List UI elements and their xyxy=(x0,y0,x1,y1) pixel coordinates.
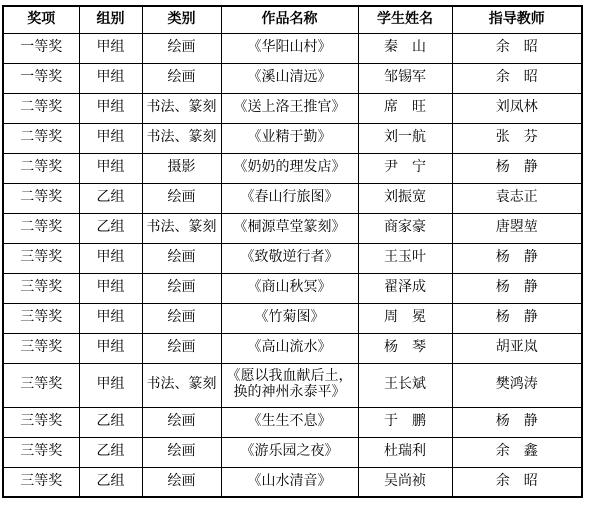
table-row: 三等奖甲组绘画《竹菊图》周 冕杨 静 xyxy=(3,303,582,333)
document-page: 奖项组别类别作品名称学生姓名指导教师 一等奖甲组绘画《华阳山村》秦 山余 昭一等… xyxy=(0,0,592,511)
cell-group: 乙组 xyxy=(79,467,142,497)
cell-student: 尹 宁 xyxy=(358,153,452,183)
cell-award: 三等奖 xyxy=(3,333,79,363)
cell-category: 书法、篆刻 xyxy=(142,123,221,153)
cell-student: 翟泽成 xyxy=(358,273,452,303)
cell-group: 乙组 xyxy=(79,437,142,467)
cell-work: 《桐源草堂篆刻》 xyxy=(221,213,358,243)
cell-category: 摄影 xyxy=(142,153,221,183)
cell-award: 三等奖 xyxy=(3,437,79,467)
cell-teacher: 胡亚岚 xyxy=(452,333,582,363)
cell-teacher: 樊鸿涛 xyxy=(452,363,582,407)
cell-category: 绘画 xyxy=(142,273,221,303)
cell-student: 秦 山 xyxy=(358,33,452,63)
cell-teacher: 刘凤林 xyxy=(452,93,582,123)
awards-table: 奖项组别类别作品名称学生姓名指导教师 一等奖甲组绘画《华阳山村》秦 山余 昭一等… xyxy=(2,5,583,498)
cell-category: 书法、篆刻 xyxy=(142,213,221,243)
cell-teacher: 袁志正 xyxy=(452,183,582,213)
table-row: 三等奖乙组绘画《生生不息》于 鹏杨 静 xyxy=(3,407,582,437)
cell-teacher: 余 鑫 xyxy=(452,437,582,467)
cell-group: 甲组 xyxy=(79,153,142,183)
cell-teacher: 杨 静 xyxy=(452,153,582,183)
header-row: 奖项组别类别作品名称学生姓名指导教师 xyxy=(3,6,582,33)
cell-teacher: 张 芬 xyxy=(452,123,582,153)
cell-teacher: 唐曌堃 xyxy=(452,213,582,243)
cell-teacher: 余 昭 xyxy=(452,467,582,497)
table-body: 一等奖甲组绘画《华阳山村》秦 山余 昭一等奖甲组绘画《溪山清远》邹锡军余 昭二等… xyxy=(3,33,582,497)
cell-award: 二等奖 xyxy=(3,213,79,243)
column-header-student: 学生姓名 xyxy=(358,6,452,33)
cell-award: 一等奖 xyxy=(3,63,79,93)
table-row: 三等奖甲组绘画《致敬逆行者》王玉叶杨 静 xyxy=(3,243,582,273)
cell-category: 绘画 xyxy=(142,243,221,273)
cell-student: 席 旺 xyxy=(358,93,452,123)
cell-category: 书法、篆刻 xyxy=(142,363,221,407)
table-row: 二等奖乙组绘画《春山行旅图》刘振宽袁志正 xyxy=(3,183,582,213)
cell-student: 吴尚祯 xyxy=(358,467,452,497)
cell-group: 乙组 xyxy=(79,183,142,213)
cell-student: 刘振宽 xyxy=(358,183,452,213)
cell-student: 邹锡军 xyxy=(358,63,452,93)
table-row: 三等奖甲组书法、篆刻《愿以我血献后土，换的神州永泰平》王长斌樊鸿涛 xyxy=(3,363,582,407)
cell-work: 《山水清音》 xyxy=(221,467,358,497)
table-row: 一等奖甲组绘画《溪山清远》邹锡军余 昭 xyxy=(3,63,582,93)
cell-group: 甲组 xyxy=(79,123,142,153)
column-header-category: 类别 xyxy=(142,6,221,33)
column-header-group: 组别 xyxy=(79,6,142,33)
cell-student: 商家豪 xyxy=(358,213,452,243)
cell-teacher: 杨 静 xyxy=(452,303,582,333)
cell-award: 三等奖 xyxy=(3,243,79,273)
column-header-teacher: 指导教师 xyxy=(452,6,582,33)
cell-teacher: 余 昭 xyxy=(452,33,582,63)
cell-work: 《奶奶的理发店》 xyxy=(221,153,358,183)
cell-work: 《游乐园之夜》 xyxy=(221,437,358,467)
cell-group: 甲组 xyxy=(79,93,142,123)
table-row: 三等奖甲组绘画《高山流水》杨 琴胡亚岚 xyxy=(3,333,582,363)
column-header-award: 奖项 xyxy=(3,6,79,33)
table-row: 三等奖甲组绘画《商山秋冥》翟泽成杨 静 xyxy=(3,273,582,303)
cell-work: 《高山流水》 xyxy=(221,333,358,363)
cell-work: 《商山秋冥》 xyxy=(221,273,358,303)
cell-category: 绘画 xyxy=(142,63,221,93)
cell-category: 绘画 xyxy=(142,467,221,497)
table-row: 二等奖乙组书法、篆刻《桐源草堂篆刻》商家豪唐曌堃 xyxy=(3,213,582,243)
cell-work: 《业精于勤》 xyxy=(221,123,358,153)
table-row: 二等奖甲组书法、篆刻《业精于勤》刘一航张 芬 xyxy=(3,123,582,153)
cell-category: 绘画 xyxy=(142,407,221,437)
column-header-work: 作品名称 xyxy=(221,6,358,33)
cell-work: 《华阳山村》 xyxy=(221,33,358,63)
table-row: 二等奖甲组摄影《奶奶的理发店》尹 宁杨 静 xyxy=(3,153,582,183)
cell-award: 三等奖 xyxy=(3,407,79,437)
table-row: 二等奖甲组书法、篆刻《送上洛王推官》席 旺刘凤林 xyxy=(3,93,582,123)
table-row: 一等奖甲组绘画《华阳山村》秦 山余 昭 xyxy=(3,33,582,63)
cell-student: 杨 琴 xyxy=(358,333,452,363)
cell-category: 书法、篆刻 xyxy=(142,93,221,123)
cell-group: 甲组 xyxy=(79,303,142,333)
cell-work: 《送上洛王推官》 xyxy=(221,93,358,123)
cell-work: 《致敬逆行者》 xyxy=(221,243,358,273)
table-head: 奖项组别类别作品名称学生姓名指导教师 xyxy=(3,6,582,33)
cell-group: 乙组 xyxy=(79,407,142,437)
table-row: 三等奖乙组绘画《游乐园之夜》杜瑞利余 鑫 xyxy=(3,437,582,467)
cell-award: 三等奖 xyxy=(3,273,79,303)
cell-category: 绘画 xyxy=(142,333,221,363)
cell-student: 于 鹏 xyxy=(358,407,452,437)
cell-student: 周 冕 xyxy=(358,303,452,333)
cell-teacher: 余 昭 xyxy=(452,63,582,93)
cell-work: 《愿以我血献后土，换的神州永泰平》 xyxy=(221,363,358,407)
cell-group: 甲组 xyxy=(79,63,142,93)
cell-work: 《生生不息》 xyxy=(221,407,358,437)
cell-student: 王长斌 xyxy=(358,363,452,407)
cell-award: 二等奖 xyxy=(3,93,79,123)
cell-award: 一等奖 xyxy=(3,33,79,63)
cell-group: 乙组 xyxy=(79,213,142,243)
cell-group: 甲组 xyxy=(79,273,142,303)
cell-category: 绘画 xyxy=(142,437,221,467)
cell-student: 杜瑞利 xyxy=(358,437,452,467)
table-row: 三等奖乙组绘画《山水清音》吴尚祯余 昭 xyxy=(3,467,582,497)
cell-category: 绘画 xyxy=(142,303,221,333)
cell-student: 王玉叶 xyxy=(358,243,452,273)
cell-teacher: 杨 静 xyxy=(452,407,582,437)
cell-award: 二等奖 xyxy=(3,153,79,183)
cell-group: 甲组 xyxy=(79,243,142,273)
cell-award: 三等奖 xyxy=(3,363,79,407)
cell-teacher: 杨 静 xyxy=(452,273,582,303)
cell-work: 《竹菊图》 xyxy=(221,303,358,333)
cell-work: 《春山行旅图》 xyxy=(221,183,358,213)
cell-award: 三等奖 xyxy=(3,303,79,333)
cell-award: 二等奖 xyxy=(3,123,79,153)
cell-work: 《溪山清远》 xyxy=(221,63,358,93)
cell-teacher: 杨 静 xyxy=(452,243,582,273)
cell-category: 绘画 xyxy=(142,183,221,213)
cell-category: 绘画 xyxy=(142,33,221,63)
cell-student: 刘一航 xyxy=(358,123,452,153)
cell-award: 三等奖 xyxy=(3,467,79,497)
cell-group: 甲组 xyxy=(79,363,142,407)
cell-group: 甲组 xyxy=(79,333,142,363)
cell-group: 甲组 xyxy=(79,33,142,63)
cell-award: 二等奖 xyxy=(3,183,79,213)
